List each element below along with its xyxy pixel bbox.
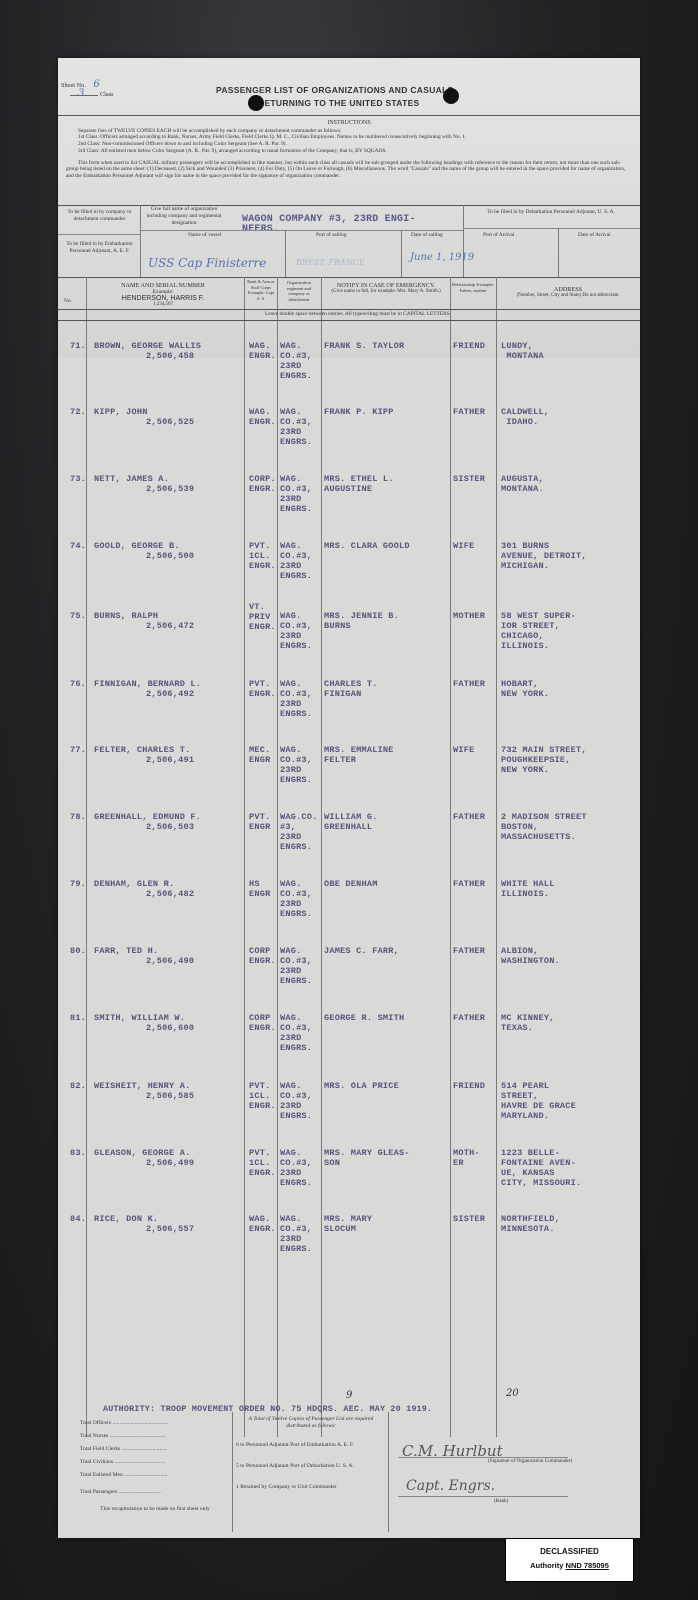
instructions-heading: INSTRUCTIONS: [66, 120, 632, 128]
table-row: 83.GLEASON, GEORGE A.2,506,499PVT. 1CL. …: [58, 1148, 640, 1210]
table-row: 81.SMITH, WILLIAM W.2,506,600CORP ENGR.W…: [58, 1013, 640, 1075]
distribution-block: A Total of Twelve Copies of Passenger Li…: [236, 1416, 386, 1491]
table-row: 76.FINNIGAN, BERNARD L.2,506,492PVT. ENG…: [58, 679, 640, 741]
table-row: 74.GOOLD, GEORGE B.2,506,500PVT. 1CL. EN…: [58, 541, 640, 603]
authority-line: AUTHORITY: TROOP MOVEMENT ORDER NO. 75 H…: [103, 1404, 432, 1414]
name-serial-header: NAME AND SERIAL NUMBER Example: HENDERSO…: [88, 282, 238, 307]
table-row: 75.BURNS, RALPH2,506,472VT. PRIV ENGR.WA…: [58, 611, 640, 673]
total-civilians: Total Civilians ........................…: [80, 1456, 230, 1469]
total-nurses: Total Nurses ...........................…: [80, 1430, 230, 1443]
passenger-list-sheet: Sheet No. 6 3 Class PASSENGER LIST OF OR…: [58, 58, 640, 1538]
port-of-sailing: BREST, FRANCE: [296, 258, 365, 267]
punch-hole: [443, 88, 459, 104]
table-row: 78.GREENHALL, EDMUND F.2,506,503PVT. ENG…: [58, 812, 640, 874]
commander-rank: Capt. Engrs.: [406, 1478, 495, 1494]
total-officers: Total Officers .........................…: [80, 1417, 230, 1430]
total-field-clerks: Total Field Clerks .....................…: [80, 1443, 230, 1456]
form-title: PASSENGER LIST OF ORGANIZATIONS AND CASU…: [216, 85, 454, 95]
table-row: 73.NETT, JAMES A.2,506,539CORP. ENGR.WAG…: [58, 474, 640, 536]
table-row: 82.WEISHEIT, HENRY A.2,506,585PVT. 1CL. …: [58, 1081, 640, 1143]
table-row: 80.FARR, TED H.2,506,490CORP ENGR.WAG. C…: [58, 946, 640, 1008]
table-row: 79.DENHAM, GLEN R.2,506,482HS ENGRWAG. C…: [58, 879, 640, 941]
declassified-stamp: DECLASSIFIED Authority NND 785095: [505, 1538, 634, 1582]
class-value: 3: [78, 88, 84, 99]
total-passengers: Total Passengers .......................…: [80, 1486, 230, 1499]
order-correction: 9: [346, 1390, 352, 1401]
table-row: 71.BROWN, GEORGE WALLIS2,506,458WAG. ENG…: [58, 341, 640, 403]
capital-letters-note: Leave double space between entries. All …: [158, 311, 558, 318]
date-correction: 20: [506, 1388, 519, 1399]
table-row: 84.RICE, DON K.2,506,557WAG. ENGR.WAG. C…: [58, 1214, 640, 1276]
table-row: 72.KIPP, JOHN2,506,525WAG. ENGR.WAG. CO.…: [58, 407, 640, 469]
date-of-sailing: June 1, 1919: [410, 252, 474, 263]
class-label: 3 Class: [78, 88, 114, 99]
total-enlisted: Total Enlisted Men .....................…: [80, 1469, 230, 1482]
vessel-name: USS Cap Finisterre: [148, 256, 266, 270]
recap-totals: Total Officers .........................…: [80, 1417, 230, 1513]
form-subtitle: RETURNING TO THE UNITED STATES: [258, 98, 420, 108]
instructions-block: INSTRUCTIONS Separate lists of TWELVE CO…: [66, 120, 632, 180]
punch-hole: [248, 95, 264, 111]
table-row: 77.FELTER, CHARLES T.2,506,491MEC. ENGRW…: [58, 745, 640, 807]
